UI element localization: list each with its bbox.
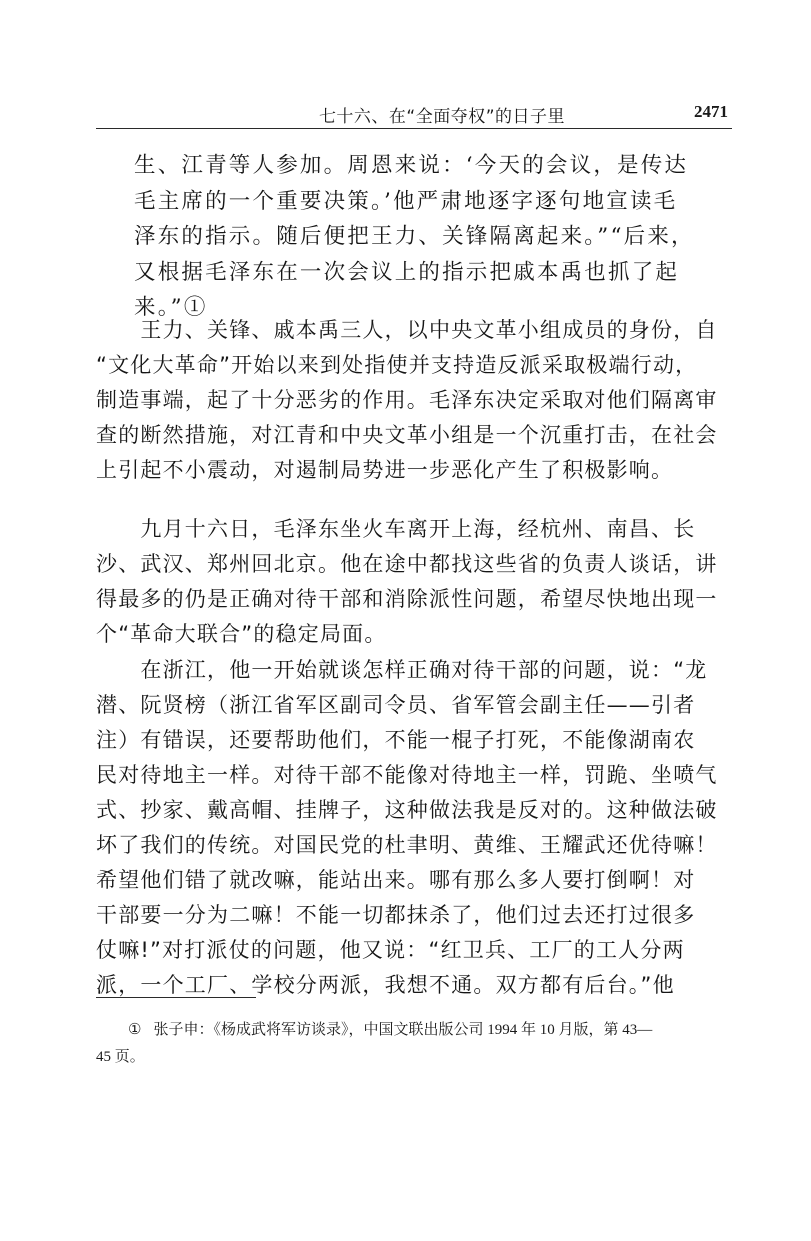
footnote-divider xyxy=(96,997,256,998)
footnote-text: 张子申：《杨成武将军访谈录》，中国文联出版公司 1994 年 10 月版，第 4… xyxy=(153,1022,652,1038)
page-number: 2471 xyxy=(694,102,728,122)
running-title: 七十六、在“全面夺权”的日子里 xyxy=(292,102,592,127)
text-line: 式、抄家、戴高帽、挂牌子，这种做法我是反对的。这种做法破 xyxy=(96,793,736,828)
paragraph-3: 在浙江，他一开始就谈怎样正确对待干部的问题，说：“龙 潜、阮贤榜（浙江省军区副司… xyxy=(96,653,736,1003)
text-line: 个“革命大联合”的稳定局面。 xyxy=(96,617,736,652)
text-line: 希望他们错了就改嘛，能站出来。哪有那么多人要打倒啊！对 xyxy=(96,863,736,898)
footnote-marker: ① xyxy=(128,1022,141,1038)
page-header: 七十六、在“全面夺权”的日子里 2471 xyxy=(96,100,732,129)
text-line: 制造事端，起了十分恶劣的作用。毛泽东决定采取对他们隔离审 xyxy=(96,383,736,418)
text-line: 得最多的仍是正确对待干部和消除派性问题，希望尽快地出现一 xyxy=(96,582,736,617)
footnote-line-1: ①张子申：《杨成武将军访谈录》，中国文联出版公司 1994 年 10 月版，第 … xyxy=(96,1017,736,1044)
text-line: 沙、武汉、郑州回北京。他在途中都找这些省的负责人谈话，讲 xyxy=(96,547,736,582)
text-line: 干部要一分为二嘛！不能一切都抹杀了，他们过去还打过很多 xyxy=(96,898,736,933)
text-line: 民对待地主一样。对待干部不能像对待地主一样，罚跪、坐喷气 xyxy=(96,758,736,793)
text-line: 上引起不小震动，对遏制局势进一步恶化产生了积极影响。 xyxy=(96,453,736,488)
footnote: ①张子申：《杨成武将军访谈录》，中国文联出版公司 1994 年 10 月版，第 … xyxy=(96,1017,736,1071)
text-line: 查的断然措施，对江青和中央文革小组是一个沉重打击，在社会 xyxy=(96,418,736,453)
quote-line: 生、江青等人参加。周恩来说：‘今天的会议，是传达 xyxy=(134,148,694,184)
text-line: 仗嘛!”对打派仗的问题，他又说：“红卫兵、工厂的工人分两 xyxy=(96,933,736,968)
paragraph-2: 九月十六日，毛泽东坐火车离开上海，经杭州、南昌、长 沙、武汉、郑州回北京。他在途… xyxy=(96,512,736,652)
quote-line: 毛主席的一个重要决策。’他严肃地逐字逐句地宣读毛 xyxy=(134,184,694,220)
quoted-passage: 生、江青等人参加。周恩来说：‘今天的会议，是传达 毛主席的一个重要决策。’他严肃… xyxy=(134,148,694,326)
text-line: 坏了我们的传统。对国民党的杜聿明、黄维、王耀武还优待嘛！ xyxy=(96,828,736,863)
text-line: “文化大革命”开始以来到处指使并支持造反派采取极端行动， xyxy=(96,348,736,383)
text-line: 九月十六日，毛泽东坐火车离开上海，经杭州、南昌、长 xyxy=(96,512,736,547)
quote-line: 又根据毛泽东在一次会议上的指示把戚本禹也抓了起 xyxy=(134,255,694,291)
paragraph-1: 王力、关锋、戚本禹三人，以中央文革小组成员的身份，自 “文化大革命”开始以来到处… xyxy=(96,313,736,488)
text-line: 王力、关锋、戚本禹三人，以中央文革小组成员的身份，自 xyxy=(96,313,736,348)
text-line: 在浙江，他一开始就谈怎样正确对待干部的问题，说：“龙 xyxy=(96,653,736,688)
text-line: 潜、阮贤榜（浙江省军区副司令员、省军管会副主任——引者 xyxy=(96,688,736,723)
text-line: 注）有错误，还要帮助他们，不能一棍子打死，不能像湖南农 xyxy=(96,723,736,758)
quote-line: 泽东的指示。随后便把王力、关锋隔离起来。”“后来， xyxy=(134,219,694,255)
footnote-line-2: 45 页。 xyxy=(96,1044,736,1071)
